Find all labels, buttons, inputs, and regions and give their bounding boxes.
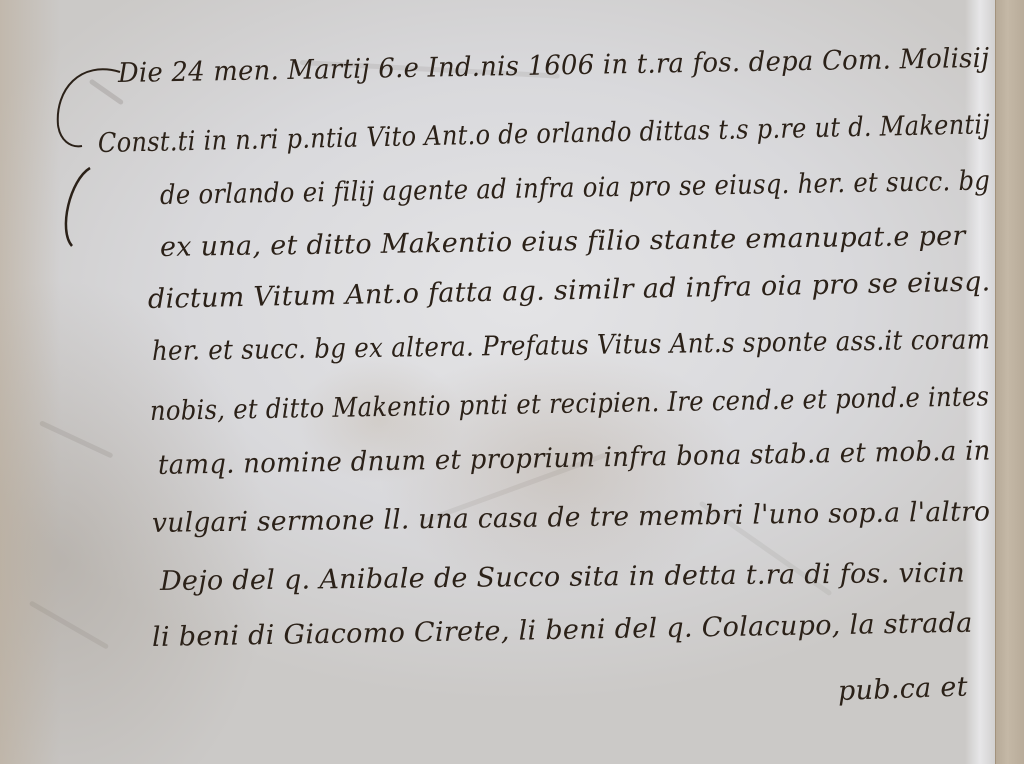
backing-board — [995, 0, 1024, 764]
paper-left-edge-stain — [0, 0, 60, 764]
manuscript-line-12: pub.ca et — [837, 671, 968, 707]
